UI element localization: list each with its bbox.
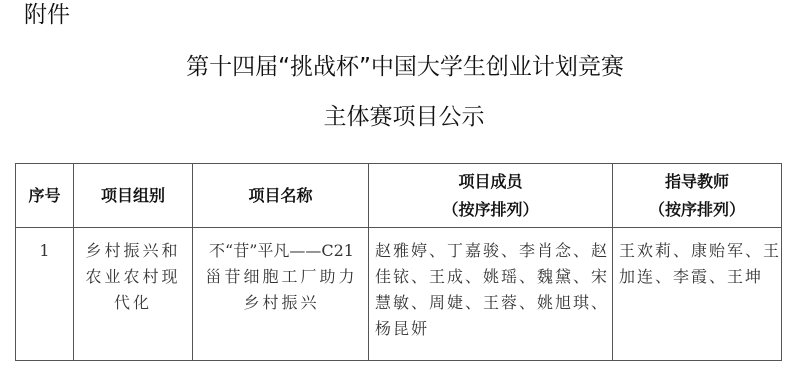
column-header-name: 项目名称 xyxy=(193,164,369,228)
cell-no: 1 xyxy=(16,228,74,361)
cell-project-name: 不“苷”平凡——C21 甾苷细胞工厂助力 乡村振兴 xyxy=(193,228,369,361)
document-title: 第十四届“挑战杯”中国大学生创业计划竞赛 xyxy=(0,52,798,82)
cell-members: 赵雅婷、丁嘉骏、李肖念、赵 佳铱、王成、姚瑶、魏黛、宋 慧敏、周婕、王蓉、姚旭琪… xyxy=(369,228,613,361)
document-subtitle: 主体赛项目公示 xyxy=(0,102,798,132)
project-table: 序号 项目组别 项目名称 项目成员 （按序排列） 指导教师 （按序排列） 1 乡… xyxy=(15,163,782,361)
attachment-label: 附件 xyxy=(24,1,70,29)
column-header-members: 项目成员 （按序排列） xyxy=(369,164,613,228)
cell-group: 乡村振兴和 农业农村现 代化 xyxy=(74,228,193,361)
column-header-group: 项目组别 xyxy=(74,164,193,228)
table-row: 1 乡村振兴和 农业农村现 代化 不“苷”平凡——C21 甾苷细胞工厂助力 乡村… xyxy=(16,228,782,361)
column-header-advisors: 指导教师 （按序排列） xyxy=(613,164,782,228)
cell-advisors: 王欢莉、康贻军、王 加连、李霞、王坤 xyxy=(613,228,782,361)
column-header-no: 序号 xyxy=(16,164,74,228)
table-header-row: 序号 项目组别 项目名称 项目成员 （按序排列） 指导教师 （按序排列） xyxy=(16,164,782,228)
